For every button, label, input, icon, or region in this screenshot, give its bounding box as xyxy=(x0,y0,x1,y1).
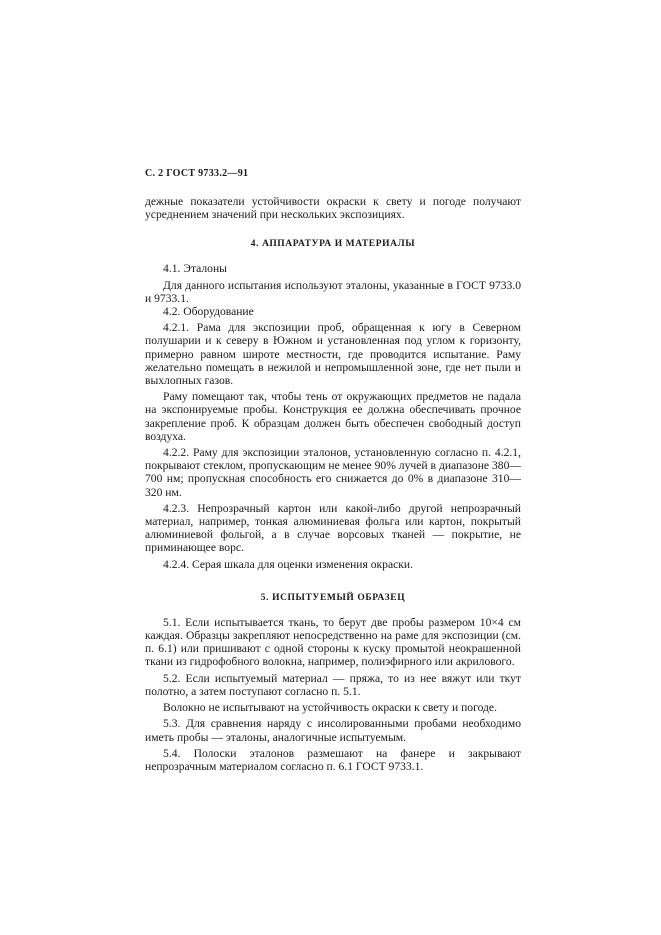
section-5-title: 5. ИСПЫТУЕМЫЙ ОБРАЗЕЦ xyxy=(145,593,521,603)
clause-4-1: 4.1. Эталоны xyxy=(145,262,521,275)
running-header: С. 2 ГОСТ 9733.2—91 xyxy=(145,168,521,179)
clause-5-4: 5.4. Полоски эталонов размешают на фанер… xyxy=(145,747,521,773)
clause-4-2-2: 4.2.2. Раму для экспозиции эталонов, уст… xyxy=(145,446,521,499)
clause-4-2-4: 4.2.4. Серая шкала для оценки изменения … xyxy=(145,558,521,571)
intro-paragraph: дежные показатели устойчивости окраски к… xyxy=(145,195,521,221)
clause-5-1: 5.1. Если испытывается ткань, то берут д… xyxy=(145,616,521,669)
clause-5-2: 5.2. Если испытуемый материал — пряжа, т… xyxy=(145,672,521,698)
document-page: С. 2 ГОСТ 9733.2—91 дежные показатели ус… xyxy=(145,168,521,773)
clause-5-2-cont: Волокно не испытывают на устойчивость ок… xyxy=(145,701,521,714)
clause-4-2-3: 4.2.3. Непрозрачный картон или какой-либ… xyxy=(145,502,521,555)
section-4-title: 4. АППАРАТУРА И МАТЕРИАЛЫ xyxy=(145,239,521,249)
clause-4-1-text: Для данного испытания используют эталоны… xyxy=(145,279,521,305)
clause-4-2-1: 4.2.1. Рама для экспозиции проб, обращен… xyxy=(145,321,521,387)
clause-4-2-1-cont: Раму помещают так, чтобы тень от окружаю… xyxy=(145,390,521,443)
clause-4-2: 4.2. Оборудование xyxy=(145,305,521,318)
clause-5-3: 5.3. Для сравнения наряду с инсолированн… xyxy=(145,717,521,743)
